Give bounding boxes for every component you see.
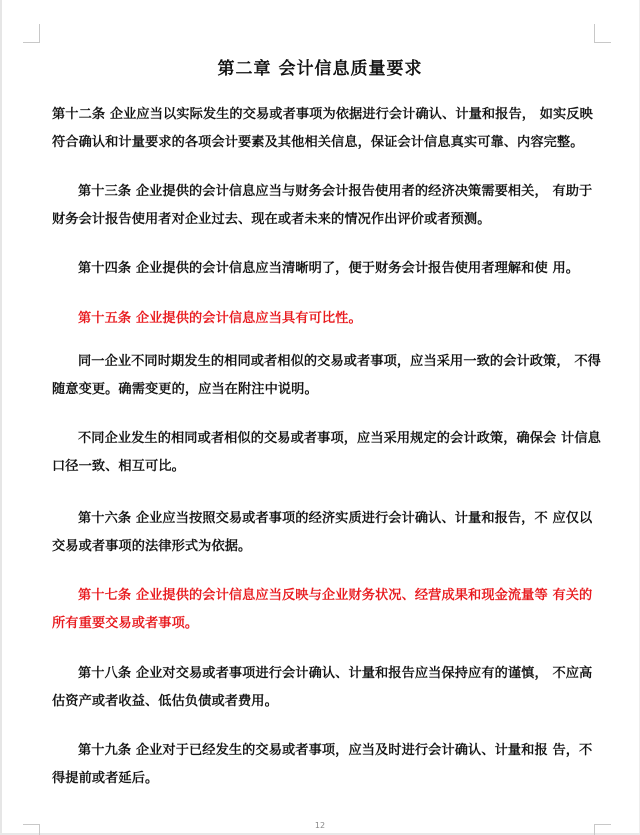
paragraph-article-15-highlighted: 第十五条 企业提供的会计信息应当具有可比性。: [52, 305, 592, 333]
paragraph-line: 第十八条 企业对交易或者事项进行会计确认、计量和报告应当保持应有的谨慎， 不应高: [52, 660, 592, 688]
paragraph-article-18: 第十八条 企业对交易或者事项进行会计确认、计量和报告应当保持应有的谨慎， 不应高…: [52, 660, 592, 716]
paragraph-line: 口径一致、相互可比。: [52, 453, 592, 481]
paragraph-line: 随意变更。确需变更的，应当在附注中说明。: [52, 376, 592, 404]
chapter-title: 第二章 会计信息质量要求: [0, 54, 640, 79]
paragraph-line: 估资产或者收益、低估负债或者费用。: [52, 688, 592, 716]
document-page: 第二章 会计信息质量要求 第十二条 企业应当以实际发生的交易或者事项为依据进行会…: [0, 0, 640, 835]
paragraph-article-19: 第十九条 企业对于已经发生的交易或者事项，应当及时进行会计确认、计量和报 告，不…: [52, 737, 592, 793]
paragraph-article-17-highlighted: 第十七条 企业提供的会计信息应当反映与企业财务状况、经营成果和现金流量等 有关的…: [52, 582, 592, 638]
paragraph-article-13: 第十三条 企业提供的会计信息应当与财务会计报告使用者的经济决策需要相关， 有助于…: [52, 178, 592, 234]
paragraph-line: 同一企业不同时期发生的相同或者相似的交易或者事项，应当采用一致的会计政策， 不得: [52, 348, 592, 376]
paragraph-line: 第十七条 企业提供的会计信息应当反映与企业财务状况、经营成果和现金流量等 有关的: [52, 582, 592, 610]
paragraph-line: 财务会计报告使用者对企业过去、现在或者未来的情况作出评价或者预测。: [52, 206, 592, 234]
paragraph-line: 第十二条 企业应当以实际发生的交易或者事项为依据进行会计确认、计量和报告， 如实…: [52, 101, 592, 129]
paragraph-line: 交易或者事项的法律形式为依据。: [52, 533, 592, 561]
paragraph-article-12: 第十二条 企业应当以实际发生的交易或者事项为依据进行会计确认、计量和报告， 如实…: [52, 101, 592, 157]
paragraph-line: 第十四条 企业提供的会计信息应当清晰明了，便于财务会计报告使用者理解和使 用。: [52, 255, 592, 283]
paragraph-line: 得提前或者延后。: [52, 765, 592, 793]
paragraph-line: 所有重要交易或者事项。: [52, 610, 592, 638]
page-number: 12: [0, 821, 640, 830]
paragraph-line: 第十五条 企业提供的会计信息应当具有可比性。: [52, 305, 592, 333]
paragraph-line: 第十六条 企业应当按照交易或者事项的经济实质进行会计确认、计量和报告，不 应仅以: [52, 505, 592, 533]
paragraph-line: 符合确认和计量要求的各项会计要素及其他相关信息，保证会计信息真实可靠、内容完整。: [52, 129, 592, 157]
paragraph-article-15-consistency: 同一企业不同时期发生的相同或者相似的交易或者事项，应当采用一致的会计政策， 不得…: [52, 348, 592, 404]
paragraph-article-15-comparability: 不同企业发生的相同或者相似的交易或者事项，应当采用规定的会计政策，确保会 计信息…: [52, 425, 592, 481]
paragraph-line: 第十三条 企业提供的会计信息应当与财务会计报告使用者的经济决策需要相关， 有助于: [52, 178, 592, 206]
paragraph-line: 不同企业发生的相同或者相似的交易或者事项，应当采用规定的会计政策，确保会 计信息: [52, 425, 592, 453]
margin-corner-mark-top-right: [594, 24, 611, 43]
paragraph-article-14: 第十四条 企业提供的会计信息应当清晰明了，便于财务会计报告使用者理解和使 用。: [52, 255, 592, 283]
page-left-edge: [0, 0, 2, 835]
paragraph-article-16: 第十六条 企业应当按照交易或者事项的经济实质进行会计确认、计量和报告，不 应仅以…: [52, 505, 592, 561]
paragraph-line: 第十九条 企业对于已经发生的交易或者事项，应当及时进行会计确认、计量和报 告，不: [52, 737, 592, 765]
margin-corner-mark-top-left: [23, 24, 40, 43]
